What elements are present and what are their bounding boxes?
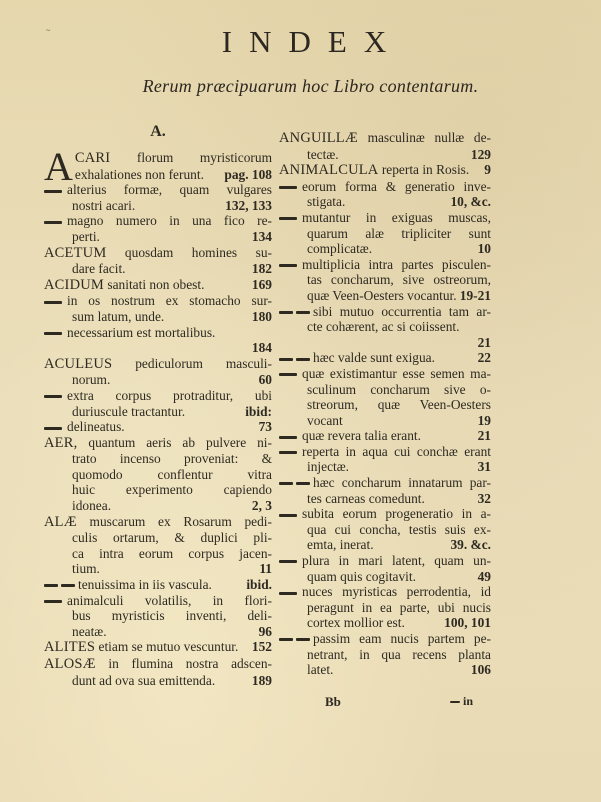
entry-text: tenuissima in iis vascula.: [78, 577, 212, 592]
page-reference: 73: [259, 419, 272, 435]
entry-headword: ACULEUS: [44, 356, 112, 372]
entry-text: netrant, in qua recens planta: [307, 647, 491, 662]
entry-text: quæ Veen-Oesters vocantur.: [307, 288, 457, 303]
index-entry: ALOSÆ in flumina nostra adscen-dunt ad o…: [44, 656, 272, 688]
index-entry: animalculi volatilis, in flori-bus myris…: [44, 593, 272, 640]
page-reference: 169: [252, 277, 272, 293]
page-reference: 60: [259, 372, 272, 388]
entry-line: ANIMALCULA reperta in Rosis.9: [279, 162, 491, 179]
entry-text: cte cohærent, ac si coiissent.: [307, 319, 459, 334]
entry-text: norum.: [72, 372, 110, 387]
entry-line: dunt ad ova sua emittenda.189: [44, 673, 272, 689]
entry-line: necessarium est mortalibus.: [44, 325, 272, 341]
page-reference: 189: [252, 673, 272, 689]
dash-mark: [296, 638, 310, 641]
index-entry: AER, quantum aeris ab pulvere ni-trato i…: [44, 435, 272, 514]
entry-line: cte cohærent, ac si coiissent.: [279, 319, 491, 335]
dash-mark: [44, 584, 58, 587]
page-reference: 32: [478, 491, 491, 507]
entry-line: plura in mari latent, quam un-: [279, 553, 491, 569]
index-entry: quæ existimantur esse semen ma-sculinum …: [279, 366, 491, 428]
entry-line: ALITES etiam se mutuo vescuntur.152: [44, 639, 272, 656]
dash-mark: [279, 217, 297, 220]
entry-text: huic experimento capiendo: [72, 482, 272, 497]
book-page: ~ INDEX Rerum præcipuarum hoc Libro cont…: [0, 0, 601, 802]
entry-text: neatæ.: [72, 624, 107, 639]
entry-line: sibi mutuo occurrentia tam ar-: [279, 304, 491, 320]
dash-mark: [450, 701, 460, 703]
entry-line: CARI florum myristicorum: [44, 150, 272, 167]
index-entries-right: ANGUILLÆ masculinæ nullæ de-tectæ.129ANI…: [279, 130, 491, 678]
entry-text: culis ortarum, & duplici pli-: [72, 530, 272, 545]
page-reference: 11: [259, 561, 272, 577]
page-reference: 129: [471, 147, 491, 163]
entry-text: multiplicia intra partes pisculen-: [302, 257, 491, 272]
entry-headword: ALÆ: [44, 514, 77, 530]
entry-text: extra corpus protraditur, ubi: [67, 388, 272, 403]
dash-mark: [44, 190, 62, 193]
page-reference: 152: [252, 639, 272, 655]
dash-mark: [279, 514, 297, 517]
entry-line: tenuissima in iis vascula.ibid.: [44, 577, 272, 593]
page-reference: 2, 3: [252, 498, 272, 514]
entry-text: bus myristicis inventi, deli-: [72, 608, 272, 623]
entry-text: muscarum ex Rosarum pedi-: [90, 514, 272, 529]
entry-line: exhalationes non ferunt.pag. 108: [44, 167, 272, 183]
index-entry: multiplicia intra partes pisculen-tas co…: [279, 257, 491, 304]
entry-text: nostri acari.: [72, 198, 135, 213]
entry-text: emta, inerat.: [307, 537, 374, 552]
entry-headword: ANGUILLÆ: [279, 130, 358, 146]
entry-text: nuces myristicas perrodentia, id: [302, 584, 491, 599]
dash-mark: [279, 358, 293, 361]
entry-text: quam quis cogitavit.: [307, 569, 416, 584]
entry-line: duriuscule tractantur.ibid:: [44, 404, 272, 420]
entry-headword: ALITES: [44, 639, 95, 655]
entry-line: passim eam nucis partem pe-: [279, 631, 491, 647]
entry-text: idonea.: [72, 498, 111, 513]
signature-mark: Bb: [325, 694, 341, 710]
page-reference: 9: [484, 162, 491, 178]
entry-text: hæc valde sunt exigua.: [313, 350, 435, 365]
dash-mark: [279, 264, 297, 267]
dash-mark: [279, 186, 297, 189]
page-reference-line: 184: [44, 340, 272, 356]
entry-text: tas concharum, sive ostreorum,: [307, 272, 491, 287]
entry-line: multiplicia intra partes pisculen-: [279, 257, 491, 273]
entry-text: delineatus.: [67, 419, 125, 434]
drop-initial: A: [44, 152, 73, 182]
index-entry: tenuissima in iis vascula.ibid.: [44, 577, 272, 593]
page-reference: 134: [252, 229, 272, 245]
entry-text: tium.: [72, 561, 100, 576]
entry-line: culis ortarum, & duplici pli-: [44, 530, 272, 546]
entry-text: injectæ.: [307, 459, 349, 474]
index-entry: in os nostrum ex stomacho sur-sum latum,…: [44, 293, 272, 324]
entry-line: quarum alæ tripliciter sunt: [279, 226, 491, 242]
entry-line: quæ revera talia erant.21: [279, 428, 491, 444]
page-reference: 22: [478, 350, 491, 366]
entry-text: mutantur in exiguas muscas,: [302, 210, 491, 225]
index-entry: eorum forma & generatio inve-stigata.10,…: [279, 179, 491, 210]
dash-mark: [296, 482, 310, 485]
entry-text: alterius formæ, quam vulgares: [67, 182, 272, 197]
entry-line: mutantur in exiguas muscas,: [279, 210, 491, 226]
entry-line: injectæ.31: [279, 459, 491, 475]
entry-text: animalculi volatilis, in flori-: [67, 593, 272, 608]
index-entry: magno numero in una fico re-perti.134: [44, 213, 272, 244]
dash-mark: [44, 600, 62, 603]
entry-text: subita eorum progeneratio in a-: [302, 506, 491, 521]
entry-line: norum.60: [44, 372, 272, 388]
entry-line: ALÆ muscarum ex Rosarum pedi-: [44, 514, 272, 531]
entry-text: vocant: [307, 413, 343, 428]
entry-text: necessarium est mortalibus.: [67, 325, 215, 340]
entry-line: quam quis cogitavit.49: [279, 569, 491, 585]
entry-headword: ANIMALCULA: [279, 162, 378, 178]
entry-line: tium.11: [44, 561, 272, 577]
entry-line: eorum forma & generatio inve-: [279, 179, 491, 195]
entry-text: dare facit.: [72, 261, 126, 276]
entry-line: stigata.10, &c.: [279, 194, 491, 210]
index-entry: ALITES etiam se mutuo vescuntur.152: [44, 639, 272, 656]
entry-text: quæ revera talia erant.: [302, 428, 421, 443]
entry-line: ACULEUS pediculorum masculi-: [44, 356, 272, 373]
entry-line: magno numero in una fico re-: [44, 213, 272, 229]
page-subtitle: Rerum præcipuarum hoc Libro contentarum.: [0, 76, 601, 97]
page-reference: 10: [478, 241, 491, 257]
entry-line: animalculi volatilis, in flori-: [44, 593, 272, 609]
entry-line: reperta in aqua cui conchæ erant: [279, 444, 491, 460]
entry-line: qua cui concha, testis suis ex-: [279, 522, 491, 538]
page-reference: 19: [478, 413, 491, 429]
page-reference: 182: [252, 261, 272, 277]
entry-text: latet.: [307, 662, 333, 677]
entry-text: in os nostrum ex stomacho sur-: [67, 293, 272, 308]
entry-line: trato incenso proveniat: &: [44, 451, 272, 467]
page-reference: 96: [259, 624, 272, 640]
dash-mark: [61, 584, 75, 587]
entry-text: pediculorum masculi-: [135, 356, 272, 371]
entry-line: quomodo conflentur vitra: [44, 467, 272, 483]
index-entry: subita eorum progeneratio in a-qua cui c…: [279, 506, 491, 553]
entry-line: hæc valde sunt exigua.22: [279, 350, 491, 366]
index-entry: passim eam nucis partem pe-netrant, in q…: [279, 631, 491, 678]
entry-text: sum latum, unde.: [72, 309, 164, 324]
entry-line: peragunt in ea parte, ubi nucis: [279, 600, 491, 616]
entry-line: ALOSÆ in flumina nostra adscen-: [44, 656, 272, 673]
entry-line: alterius formæ, quam vulgares: [44, 182, 272, 198]
index-entry: plura in mari latent, quam un-quam quis …: [279, 553, 491, 584]
entry-line: extra corpus protraditur, ubi: [44, 388, 272, 404]
entry-text: florum myristicorum: [137, 150, 272, 165]
dash-mark: [44, 332, 62, 335]
entry-text: passim eam nucis partem pe-: [313, 631, 491, 646]
entry-text: ca intra eorum corpus jacen-: [72, 546, 272, 561]
entry-line: emta, inerat.39. &c.: [279, 537, 491, 553]
index-entry: necessarium est mortalibus.184: [44, 325, 272, 356]
entry-line: in os nostrum ex stomacho sur-: [44, 293, 272, 309]
entry-text: masculinæ nullæ de-: [368, 130, 491, 145]
dash-mark: [279, 451, 297, 454]
catchword: in: [450, 694, 473, 709]
entry-text: sibi mutuo occurrentia tam ar-: [313, 304, 491, 319]
entry-text: reperta in Rosis.: [382, 162, 469, 177]
entry-line: tectæ.129: [279, 147, 491, 163]
entry-line: sculinum concharum sive o-: [279, 382, 491, 398]
entry-line: tes carneas comedunt.32: [279, 491, 491, 507]
dash-mark: [296, 358, 310, 361]
dash-mark: [44, 427, 62, 430]
index-entry: ANIMALCULA reperta in Rosis.9: [279, 162, 491, 179]
page-reference: 21: [478, 335, 491, 350]
entry-headword: CARI: [75, 150, 110, 166]
entry-line: idonea.2, 3: [44, 498, 272, 514]
dash-mark: [279, 482, 293, 485]
entry-line: huic experimento capiendo: [44, 482, 272, 498]
page-reference: pag. 108: [224, 167, 272, 183]
dash-mark: [44, 221, 62, 224]
page-reference: 10, &c.: [450, 194, 491, 210]
entry-line: nuces myristicas perrodentia, id: [279, 584, 491, 600]
dash-mark: [279, 436, 297, 439]
entry-line: AER, quantum aeris ab pulvere ni-: [44, 435, 272, 452]
dash-mark: [44, 395, 62, 398]
page-reference: 31: [478, 459, 491, 475]
entry-text: stigata.: [307, 194, 345, 209]
entry-line: delineatus.73: [44, 419, 272, 435]
entry-text: exhalationes non ferunt.: [75, 167, 204, 182]
page-reference: 49: [478, 569, 491, 585]
index-entry: delineatus.73: [44, 419, 272, 435]
dash-mark: [296, 311, 310, 314]
page-reference: 132, 133: [225, 198, 272, 214]
page-reference: 39. &c.: [450, 537, 491, 553]
index-entry: quæ revera talia erant.21: [279, 428, 491, 444]
index-entry: ACARI florum myristicorumexhalationes no…: [44, 150, 272, 182]
entry-text: quomodo conflentur vitra: [72, 467, 272, 482]
entry-line: neatæ.96: [44, 624, 272, 640]
entry-text: qua cui concha, testis suis ex-: [307, 522, 491, 537]
index-entry: reperta in aqua cui conchæ erantinjectæ.…: [279, 444, 491, 475]
entry-line: vocant19: [279, 413, 491, 429]
page-reference: 100, 101: [444, 615, 491, 631]
entry-line: tas concharum, sive ostreorum,: [279, 272, 491, 288]
entry-text: trato incenso proveniat: &: [72, 451, 272, 466]
entry-line: netrant, in qua recens planta: [279, 647, 491, 663]
entry-text: duriuscule tractantur.: [72, 404, 185, 419]
dash-mark: [279, 592, 297, 595]
index-entries-left: ACARI florum myristicorumexhalationes no…: [44, 150, 272, 688]
index-column-right: ANGUILLÆ masculinæ nullæ de-tectæ.129ANI…: [279, 130, 491, 678]
index-entry: alterius formæ, quam vulgaresnostri acar…: [44, 182, 272, 213]
page-reference: 19-21: [460, 288, 491, 304]
index-entry: ANGUILLÆ masculinæ nullæ de-tectæ.129: [279, 130, 491, 162]
entry-line: nostri acari.132, 133: [44, 198, 272, 214]
dash-mark: [44, 301, 62, 304]
entry-line: subita eorum progeneratio in a-: [279, 506, 491, 522]
entry-text: quosdam homines su-: [125, 245, 272, 260]
dash-mark: [279, 311, 293, 314]
dash-mark: [279, 560, 297, 563]
entry-text: dunt ad ova sua emittenda.: [72, 673, 215, 688]
entry-line: perti.134: [44, 229, 272, 245]
entry-line: dare facit.182: [44, 261, 272, 277]
entry-text: perti.: [72, 229, 100, 244]
index-entry: hæc valde sunt exigua.22: [279, 350, 491, 366]
entry-line: quæ Veen-Oesters vocantur.19-21: [279, 288, 491, 304]
page-reference: 106: [471, 662, 491, 678]
page-title: INDEX: [0, 24, 601, 60]
entry-text: tes carneas comedunt.: [307, 491, 425, 506]
index-entry: sibi mutuo occurrentia tam ar-cte cohære…: [279, 304, 491, 351]
entry-text: streorum, quæ Veen-Oesters: [307, 397, 491, 412]
index-entry: ACULEUS pediculorum masculi-norum.60: [44, 356, 272, 388]
index-entry: extra corpus protraditur, ubiduriuscule …: [44, 388, 272, 419]
entry-headword: ACETUM: [44, 245, 106, 261]
entry-headword: ACIDUM: [44, 277, 104, 293]
entry-line: complicatæ.10: [279, 241, 491, 257]
index-entry: ACIDUM sanitati non obest.169: [44, 277, 272, 294]
page-reference: ibid:: [245, 404, 272, 420]
entry-text: in flumina nostra adscen-: [108, 656, 272, 671]
index-entry: nuces myristicas perrodentia, idperagunt…: [279, 584, 491, 631]
entry-text: peragunt in ea parte, ubi nucis: [307, 600, 491, 615]
entry-line: cortex mollior est.100, 101: [279, 615, 491, 631]
index-entry: ACETUM quosdam homines su-dare facit.182: [44, 245, 272, 277]
catchword-text: in: [463, 694, 473, 708]
entry-text: tectæ.: [307, 147, 339, 162]
index-entry: mutantur in exiguas muscas,quarum alæ tr…: [279, 210, 491, 257]
entry-headword: AER,: [44, 435, 77, 451]
entry-text: quantum aeris ab pulvere ni-: [88, 435, 272, 450]
entry-text: complicatæ.: [307, 241, 372, 256]
entry-line: ANGUILLÆ masculinæ nullæ de-: [279, 130, 491, 147]
entry-text: reperta in aqua cui conchæ erant: [302, 444, 491, 459]
entry-text: eorum forma & generatio inve-: [302, 179, 491, 194]
entry-headword: ALOSÆ: [44, 656, 96, 672]
entry-text: magno numero in una fico re-: [67, 213, 272, 228]
entry-text: etiam se mutuo vescuntur.: [99, 639, 239, 654]
entry-text: cortex mollior est.: [307, 615, 405, 630]
index-column-left: A. ACARI florum myristicorumexhalationes…: [44, 124, 272, 688]
entry-line: ca intra eorum corpus jacen-: [44, 546, 272, 562]
entry-text: hæc concharum innatarum par-: [313, 475, 491, 490]
entry-line: sum latum, unde.180: [44, 309, 272, 325]
entry-text: sculinum concharum sive o-: [307, 382, 491, 397]
index-entry: hæc concharum innatarum par-tes carneas …: [279, 475, 491, 506]
page-reference-line: 21: [279, 335, 491, 351]
entry-line: bus myristicis inventi, deli-: [44, 608, 272, 624]
entry-line: streorum, quæ Veen-Oesters: [279, 397, 491, 413]
page-reference: 184: [252, 340, 272, 355]
entry-text: quæ existimantur esse semen ma-: [302, 366, 491, 381]
page-reference: 180: [252, 309, 272, 325]
entry-line: quæ existimantur esse semen ma-: [279, 366, 491, 382]
page-reference: 21: [478, 428, 491, 444]
dash-mark: [279, 638, 293, 641]
entry-line: latet.106: [279, 662, 491, 678]
entry-line: ACETUM quosdam homines su-: [44, 245, 272, 262]
entry-text: plura in mari latent, quam un-: [302, 553, 491, 568]
entry-text: quarum alæ tripliciter sunt: [307, 226, 491, 241]
dash-mark: [279, 373, 297, 376]
entry-line: hæc concharum innatarum par-: [279, 475, 491, 491]
entry-line: ACIDUM sanitati non obest.169: [44, 277, 272, 294]
index-entry: ALÆ muscarum ex Rosarum pedi-culis ortar…: [44, 514, 272, 577]
page-reference: ibid.: [246, 577, 272, 593]
entry-text: sanitati non obest.: [107, 277, 204, 292]
letter-heading: A.: [44, 124, 272, 142]
